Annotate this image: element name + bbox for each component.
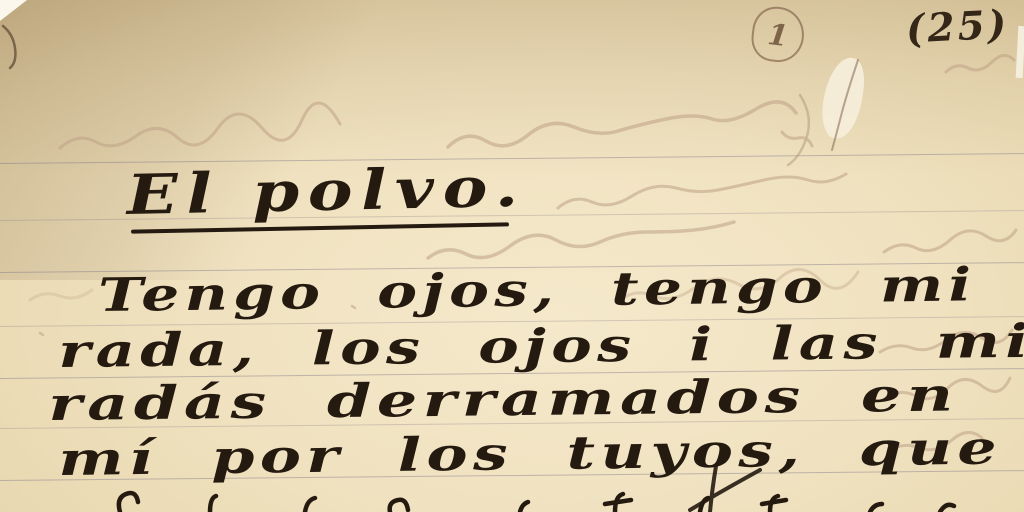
fold-shadow: [0, 0, 540, 280]
poem-line-4: mí por los tuyos, que: [58, 420, 1002, 486]
corner-page-number: (25): [905, 1, 1010, 52]
poem-line-3: radás derramados en: [48, 367, 959, 431]
circled-page-number-digit: 1: [766, 16, 790, 52]
poem-line-1: Tengo ojos, tengo mi: [98, 257, 977, 322]
poem-title: El polvo.: [126, 154, 527, 227]
manuscript-scan: 1 (25) El polvo. Tengo ojos, tengo mi ra…: [0, 0, 1024, 512]
